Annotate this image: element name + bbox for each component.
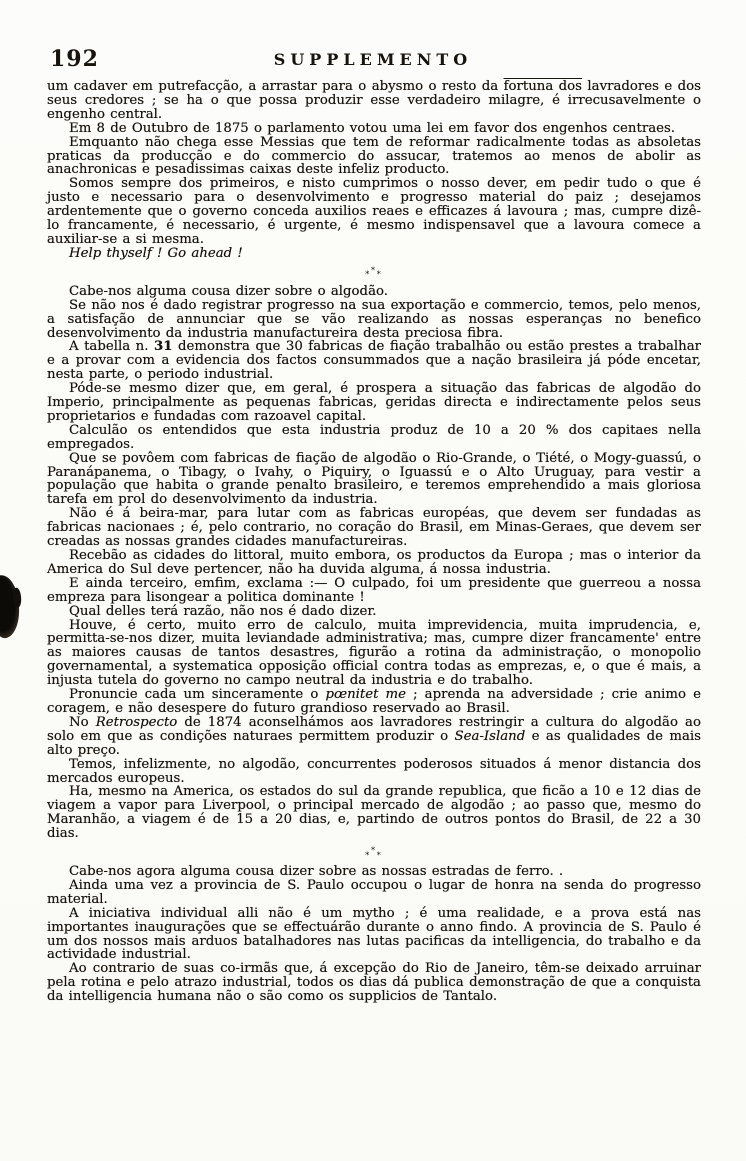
text-segment: Qual delles terá razão, não nos é dado d… bbox=[69, 604, 376, 619]
paragraph: Somos sempre dos primeiros, e nisto cump… bbox=[47, 177, 701, 247]
paragraph: Calculão os entendidos que esta industri… bbox=[47, 424, 701, 452]
text-segment: fortuna dos bbox=[504, 79, 582, 94]
text-segment: No bbox=[69, 715, 96, 730]
paragraph: A iniciativa individual alli não é um my… bbox=[47, 907, 701, 963]
text-segment: Temos, infelizmente, no algodão, concurr… bbox=[47, 757, 701, 786]
paragraph: Póde-se mesmo dizer que, em geral, é pro… bbox=[47, 382, 701, 424]
paragraph: Houve, é certo, muito erro de calculo, m… bbox=[47, 619, 701, 689]
paragraph: Não é á beira-mar, para lutar com as fab… bbox=[47, 507, 701, 549]
paragraph: Que se povôem com fabricas de fiação de … bbox=[47, 452, 701, 508]
paragraph: Temos, infelizmente, no algodão, concurr… bbox=[47, 758, 701, 786]
text-segment: Cabe-nos agora alguma cousa dizer sobre … bbox=[69, 864, 563, 879]
text-segment: Pronuncie cada um sinceramente o bbox=[69, 687, 325, 702]
paragraph: Qual delles terá razão, não nos é dado d… bbox=[47, 605, 701, 619]
text-segment: Retrospecto bbox=[96, 715, 178, 730]
paragraph: Se não nos é dado registrar progresso na… bbox=[47, 299, 701, 341]
paragraph: E ainda terceiro, emfim, exclama :— O cu… bbox=[47, 577, 701, 605]
separator-asterisk-bottom: * * bbox=[47, 854, 701, 859]
paragraph: Help thyself ! Go ahead ! bbox=[47, 247, 701, 261]
text-segment: Ha, mesmo na America, os estados do sul … bbox=[47, 784, 701, 841]
text-segment: Ainda uma vez a provincia de S. Paulo oc… bbox=[47, 878, 701, 907]
paragraph: No Retrospecto de 1874 aconselhámos aos … bbox=[47, 716, 701, 758]
text-segment: Que se povôem com fabricas de fiação de … bbox=[47, 451, 701, 508]
paragraph: Ainda uma vez a provincia de S. Paulo oc… bbox=[47, 879, 701, 907]
text-segment: Ao contrario de suas co-irmãs que, á exc… bbox=[47, 961, 701, 1004]
paragraph: Recebão as cidades do littoral, muito em… bbox=[47, 549, 701, 577]
text-segment: Recebão as cidades do littoral, muito em… bbox=[47, 548, 701, 577]
paragraph: um cadaver em putrefacção, a arrastar pa… bbox=[47, 80, 701, 122]
text-segment: pœnitet me bbox=[325, 687, 406, 702]
text-segment: Cabe-nos alguma cousa dizer sobre o algo… bbox=[69, 284, 388, 299]
paragraph: Ao contrario de suas co-irmãs que, á exc… bbox=[47, 962, 701, 1004]
text-segment: Help thyself ! Go ahead ! bbox=[69, 246, 243, 261]
text-segment: A iniciativa individual alli não é um my… bbox=[47, 906, 701, 963]
text-segment: Se não nos é dado registrar progresso na… bbox=[47, 298, 701, 341]
paragraph: A tabella n. 31 demonstra que 30 fabrica… bbox=[47, 340, 701, 382]
text-segment: Houve, é certo, muito erro de calculo, m… bbox=[47, 618, 701, 689]
text-segment: um cadaver em putrefacção, a arrastar pa… bbox=[47, 79, 504, 94]
paragraph: Ha, mesmo na America, os estados do sul … bbox=[47, 785, 701, 841]
text-segment: Somos sempre dos primeiros, e nisto cump… bbox=[47, 176, 701, 247]
text-segment: Póde-se mesmo dizer que, em geral, é pro… bbox=[47, 381, 701, 424]
paragraph: Em 8 de Outubro de 1875 o parlamento vot… bbox=[47, 122, 701, 136]
text-segment: Em 8 de Outubro de 1875 o parlamento vot… bbox=[69, 121, 675, 136]
text-segment: E ainda terceiro, emfim, exclama :— O cu… bbox=[47, 576, 701, 605]
section-separator: ** * bbox=[47, 841, 701, 865]
text-segment: Não é á beira-mar, para lutar com as fab… bbox=[47, 506, 701, 549]
section-separator: ** * bbox=[47, 261, 701, 285]
paragraph: Emquanto não chega esse Messias que tem … bbox=[47, 136, 701, 178]
page-header-title: SUPPLEMENTO bbox=[0, 50, 746, 69]
text-segment: Emquanto não chega esse Messias que tem … bbox=[47, 135, 701, 178]
paragraph: Cabe-nos agora alguma cousa dizer sobre … bbox=[47, 865, 701, 879]
page-body: um cadaver em putrefacção, a arrastar pa… bbox=[47, 80, 701, 1004]
separator-asterisk-bottom: * * bbox=[47, 273, 701, 278]
text-segment: Calculão os entendidos que esta industri… bbox=[47, 423, 701, 452]
ink-blot-artifact bbox=[0, 574, 22, 640]
text-segment: Sea-Island bbox=[455, 729, 526, 744]
document-page: 192 SUPPLEMENTO um cadaver em putrefacçã… bbox=[0, 0, 746, 1161]
paragraph: Pronuncie cada um sinceramente o pœnitet… bbox=[47, 688, 701, 716]
paragraph: Cabe-nos alguma cousa dizer sobre o algo… bbox=[47, 285, 701, 299]
